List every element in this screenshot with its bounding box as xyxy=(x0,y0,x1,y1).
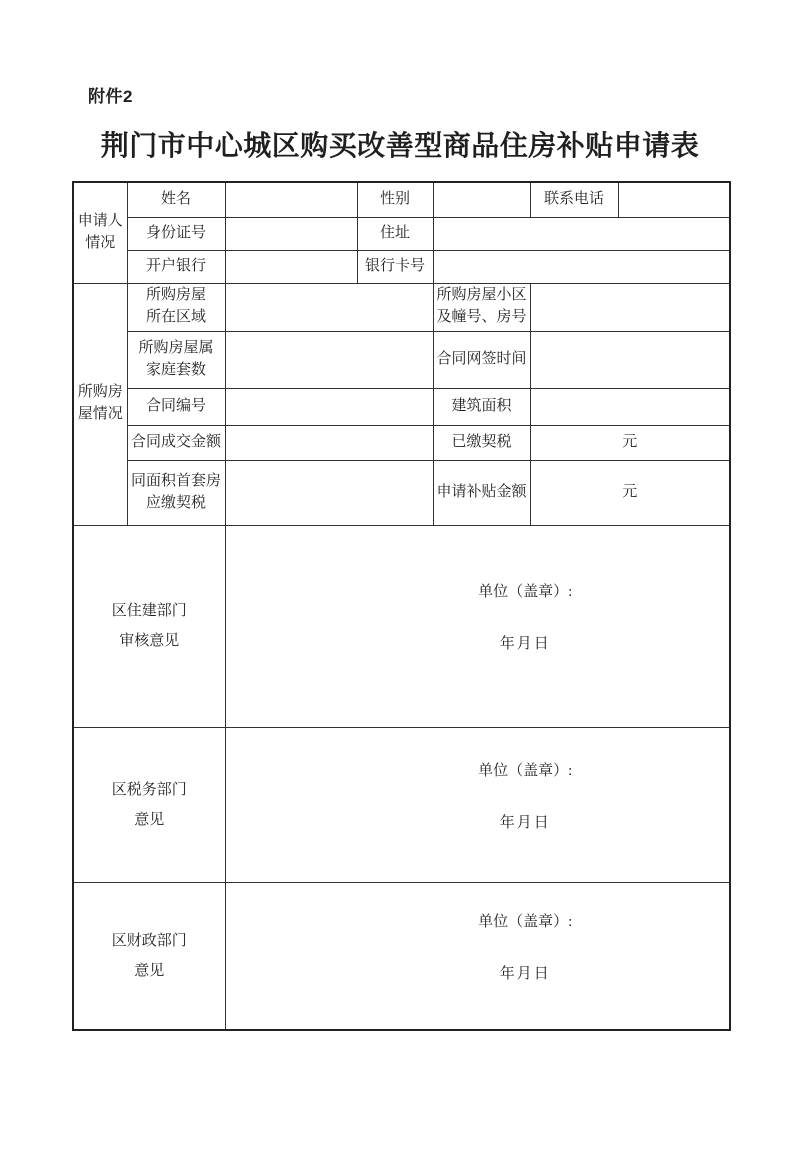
row-region-community: 所购房 屋情况 所购房屋 所在区域 所购房屋小区 及幢号、房号 xyxy=(73,283,730,331)
address-label: 住址 xyxy=(357,217,433,250)
row-amount-taxpaid: 合同成交金额 已缴契税 元 xyxy=(73,425,730,460)
tax-paid-value-cell[interactable]: 元 xyxy=(530,425,730,460)
housing-dept-opinion-area[interactable]: 单位（盖章）: 年月日 xyxy=(225,525,730,727)
gender-value-cell[interactable] xyxy=(433,182,530,217)
first-home-tax-label: 同面积首套房 应缴契税 xyxy=(127,460,225,525)
row-bank-card: 开户银行 银行卡号 xyxy=(73,250,730,283)
housing-dept-label-line2: 审核意见 xyxy=(76,626,223,656)
gender-label: 性别 xyxy=(357,182,433,217)
contract-sign-time-value-cell[interactable] xyxy=(530,331,730,388)
tax-dept-opinion-label: 区税务部门 意见 xyxy=(73,727,225,882)
id-number-value-cell[interactable] xyxy=(225,217,357,250)
bank-label: 开户银行 xyxy=(127,250,225,283)
subsidy-amount-value-cell[interactable]: 元 xyxy=(530,460,730,525)
region-label-line2: 所在区域 xyxy=(130,307,223,329)
group-applicant-line2: 情况 xyxy=(76,233,125,255)
bank-card-value-cell[interactable] xyxy=(433,250,730,283)
contract-no-value-cell[interactable] xyxy=(225,388,433,425)
tax-dept-opinion-inner: 单位（盖章）: 年月日 xyxy=(228,761,728,849)
finance-dept-opinion-inner: 单位（盖章）: 年月日 xyxy=(228,912,728,1000)
subsidy-amount-label: 申请补贴金额 xyxy=(433,460,530,525)
row-id-address: 身份证号 住址 xyxy=(73,217,730,250)
community-value-cell[interactable] xyxy=(530,283,730,331)
first-home-tax-value-cell[interactable] xyxy=(225,460,433,525)
form-title: 荆门市中心城区购买改善型商品住房补贴申请表 xyxy=(0,124,800,164)
family-units-value-cell[interactable] xyxy=(225,331,433,388)
tax-paid-unit: 元 xyxy=(622,434,637,450)
first-home-tax-label-line2: 应缴契税 xyxy=(130,493,223,515)
tax-dept-seal-label: 单位（盖章）: xyxy=(478,761,572,783)
name-value-cell[interactable] xyxy=(225,182,357,217)
row-firsthome-subsidy: 同面积首套房 应缴契税 申请补贴金额 元 xyxy=(73,460,730,525)
row-section-finance-dept: 区财政部门 意见 单位（盖章）: 年月日 xyxy=(73,882,730,1030)
family-units-label: 所购房屋属 家庭套数 xyxy=(127,331,225,388)
tax-dept-label-line2: 意见 xyxy=(76,805,223,835)
housing-dept-opinion-inner: 单位（盖章）: 年月日 xyxy=(228,582,728,670)
housing-dept-opinion-label: 区住建部门 审核意见 xyxy=(73,525,225,727)
contract-no-label: 合同编号 xyxy=(127,388,225,425)
tax-dept-opinion-area[interactable]: 单位（盖章）: 年月日 xyxy=(225,727,730,882)
row-section-tax-dept: 区税务部门 意见 单位（盖章）: 年月日 xyxy=(73,727,730,882)
housing-dept-label-line1: 区住建部门 xyxy=(76,596,223,626)
name-label: 姓名 xyxy=(127,182,225,217)
id-number-label: 身份证号 xyxy=(127,217,225,250)
finance-dept-date-label: 年月日 xyxy=(500,964,551,986)
housing-dept-date-label: 年月日 xyxy=(500,634,551,656)
group-housing-info: 所购房 屋情况 xyxy=(73,283,127,525)
finance-dept-label-line2: 意见 xyxy=(76,956,223,986)
row-name-gender-phone: 申请人 情况 姓名 性别 联系电话 xyxy=(73,182,730,217)
bank-card-label: 银行卡号 xyxy=(357,250,433,283)
group-applicant-info: 申请人 情况 xyxy=(73,182,127,283)
contract-sign-time-label: 合同网签时间 xyxy=(433,331,530,388)
tax-dept-date-label: 年月日 xyxy=(500,813,551,835)
tax-dept-label-line1: 区税务部门 xyxy=(76,775,223,805)
family-units-label-line1: 所购房屋属 xyxy=(130,338,223,360)
subsidy-amount-unit: 元 xyxy=(622,484,637,500)
region-label-line1: 所购房屋 xyxy=(130,285,223,307)
group-housing-line2: 屋情况 xyxy=(76,404,125,426)
finance-dept-label-line1: 区财政部门 xyxy=(76,926,223,956)
region-label: 所购房屋 所在区域 xyxy=(127,283,225,331)
community-label-line1: 所购房屋小区 xyxy=(436,285,528,307)
group-housing-line1: 所购房 xyxy=(76,382,125,404)
phone-value-cell[interactable] xyxy=(618,182,730,217)
community-label: 所购房屋小区 及幢号、房号 xyxy=(433,283,530,331)
first-home-tax-label-line1: 同面积首套房 xyxy=(130,471,223,493)
contract-amount-value-cell[interactable] xyxy=(225,425,433,460)
community-label-line2: 及幢号、房号 xyxy=(436,307,528,329)
family-units-label-line2: 家庭套数 xyxy=(130,360,223,382)
document-page: 附件2 荆门市中心城区购买改善型商品住房补贴申请表 申请人 情况 姓名 性别 联… xyxy=(0,0,800,1152)
building-area-label: 建筑面积 xyxy=(433,388,530,425)
bank-value-cell[interactable] xyxy=(225,250,357,283)
application-form-table: 申请人 情况 姓名 性别 联系电话 身份证号 住址 开户银行 银行卡号 xyxy=(72,181,731,1031)
phone-label: 联系电话 xyxy=(530,182,618,217)
finance-dept-seal-label: 单位（盖章）: xyxy=(478,912,572,934)
row-units-signtime: 所购房屋属 家庭套数 合同网签时间 xyxy=(73,331,730,388)
contract-amount-label: 合同成交金额 xyxy=(127,425,225,460)
attachment-label: 附件2 xyxy=(88,82,133,107)
region-value-cell[interactable] xyxy=(225,283,433,331)
row-section-housing-dept: 区住建部门 审核意见 单位（盖章）: 年月日 xyxy=(73,525,730,727)
address-value-cell[interactable] xyxy=(433,217,730,250)
group-applicant-line1: 申请人 xyxy=(76,211,125,233)
row-contractno-area: 合同编号 建筑面积 xyxy=(73,388,730,425)
finance-dept-opinion-label: 区财政部门 意见 xyxy=(73,882,225,1030)
building-area-value-cell[interactable] xyxy=(530,388,730,425)
finance-dept-opinion-area[interactable]: 单位（盖章）: 年月日 xyxy=(225,882,730,1030)
housing-dept-seal-label: 单位（盖章）: xyxy=(478,582,572,604)
tax-paid-label: 已缴契税 xyxy=(433,425,530,460)
